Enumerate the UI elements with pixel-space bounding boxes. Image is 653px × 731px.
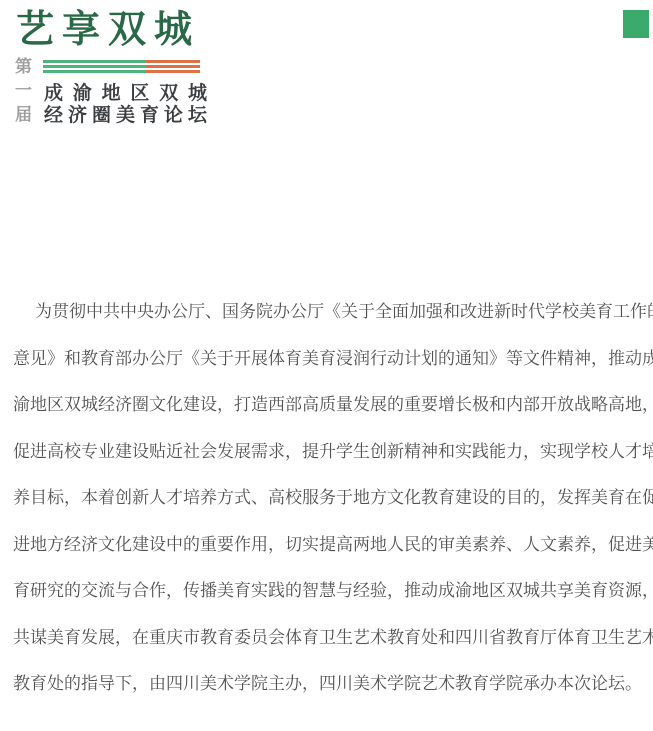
- stripe-green-segment: [43, 70, 146, 73]
- stripe-bar: [43, 60, 200, 63]
- stripe-bar: [43, 65, 200, 68]
- subtitle-char: 地: [102, 84, 121, 103]
- stripe-green-segment: [43, 65, 146, 68]
- subtitle-char: 经: [44, 106, 63, 125]
- edition-char: 一: [14, 82, 33, 99]
- edition-char: 第: [14, 58, 33, 75]
- paragraph-line: 进地方经济文化建设中的重要作用，切实提高两地人民的审美素养、人文素养，促进美: [13, 522, 645, 569]
- subtitle-char: 成: [44, 84, 63, 103]
- subtitle-char: 坛: [188, 106, 207, 125]
- paragraph-line: 养目标，本着创新人才培养方式、高校服务于地方文化教育建设的目的，发挥美育在促: [13, 475, 645, 522]
- stripe-bar: [43, 70, 200, 73]
- paragraph-line: 育研究的交流与合作，传播美育实践的智慧与经验，推动成渝地区双城共享美育资源，: [13, 568, 645, 615]
- subtitle-char: 双: [159, 84, 178, 103]
- stripe-orange-segment: [146, 65, 200, 68]
- logo-title: 艺享双城: [16, 11, 200, 49]
- logo-subtitle-line2: 经济圈美育论坛: [44, 106, 207, 125]
- subtitle-char: 圈: [92, 106, 111, 125]
- stripe-orange-segment: [146, 60, 200, 63]
- paragraph-line: 共谋美育发展，在重庆市教育委员会体育卫生艺术教育处和四川省教育厅体育卫生艺术: [13, 615, 645, 662]
- subtitle-char: 育: [140, 106, 159, 125]
- paragraph-line: 意见》和教育部办公厅《关于开展体育美育浸润行动计划的通知》等文件精神，推动成: [13, 336, 645, 383]
- stripe-orange-segment: [146, 70, 200, 73]
- subtitle-char: 济: [68, 106, 87, 125]
- paragraph-line: 为贯彻中共中央办公厅、国务院办公厅《关于全面加强和改进新时代学校美育工作的: [13, 289, 645, 336]
- intro-paragraph: 为贯彻中共中央办公厅、国务院办公厅《关于全面加强和改进新时代学校美育工作的意见》…: [13, 289, 645, 708]
- logo-subtitle-line1: 成渝地区双城: [44, 84, 207, 103]
- subtitle-char: 城: [188, 84, 207, 103]
- subtitle-char: 美: [116, 106, 135, 125]
- logo-stripes: [43, 60, 200, 75]
- corner-square-decoration: [623, 10, 649, 38]
- paragraph-line: 教育处的指导下，由四川美术学院主办，四川美术学院艺术教育学院承办本次论坛。: [13, 661, 645, 708]
- paragraph-line: 渝地区双城经济圈文化建设，打造西部高质量发展的重要增长极和内部开放战略高地，: [13, 382, 645, 429]
- stripe-green-segment: [43, 60, 146, 63]
- subtitle-char: 论: [164, 106, 183, 125]
- subtitle-char: 区: [130, 84, 149, 103]
- edition-label: 第一届: [14, 58, 33, 123]
- paragraph-line: 促进高校专业建设贴近社会发展需求，提升学生创新精神和实践能力，实现学校人才培: [13, 429, 645, 476]
- edition-char: 届: [14, 106, 33, 123]
- subtitle-char: 渝: [73, 84, 92, 103]
- article-page: 艺享双城 第一届 成渝地区双城 经济圈美育论坛 为贯彻中共中央办公厅、国务院办公…: [0, 0, 653, 731]
